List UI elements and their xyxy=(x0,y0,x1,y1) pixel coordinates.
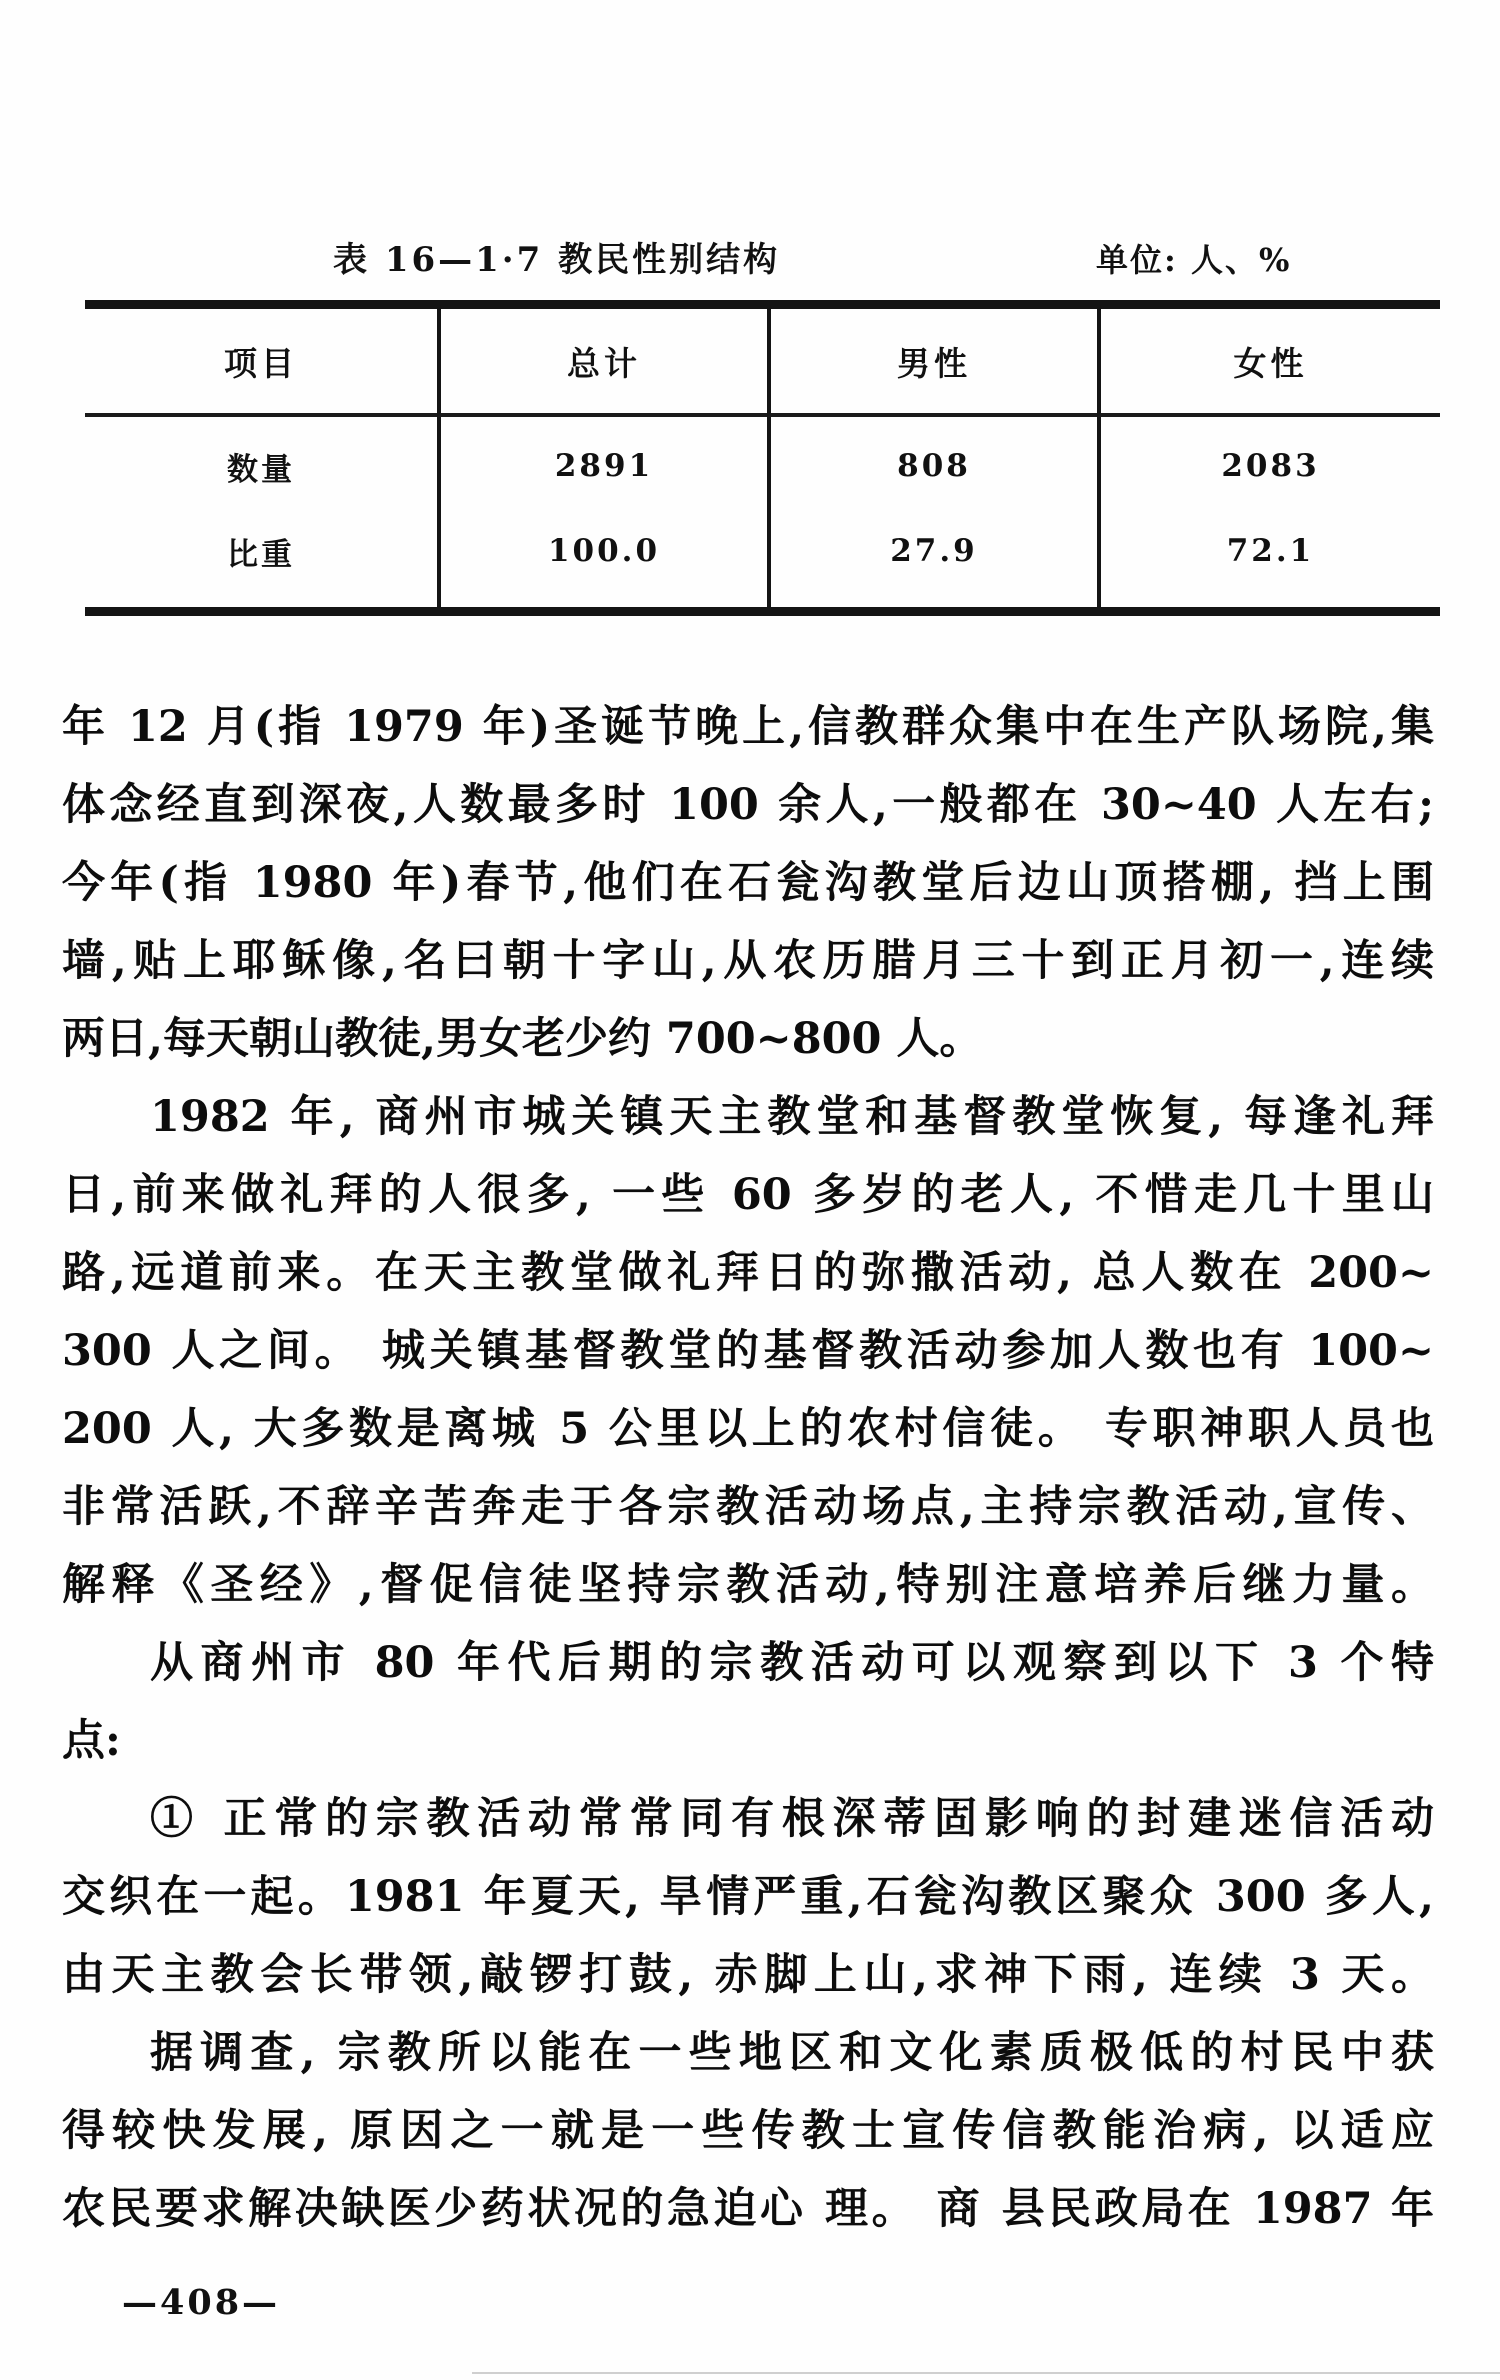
body-line: 农民要求解决缺医少药状况的急迫心 理。 商 县民政局在 1987 年 xyxy=(62,2170,1434,2248)
column-header-total: 总计 xyxy=(437,309,767,417)
column-header-female: 女性 xyxy=(1097,309,1440,417)
body-line: 200 人, 大多数是离城 5 公里以上的农村信徒。 专职神职人员也 xyxy=(62,1390,1434,1468)
body-line: ① 正常的宗教活动常常同有根深蒂固影响的封建迷信活动 xyxy=(62,1780,1434,1858)
table-spacer xyxy=(767,587,1097,607)
table-spacer xyxy=(85,587,437,607)
body-line: 日,前来做礼拜的人很多, 一些 60 多岁的老人, 不惜走几十里山 xyxy=(62,1156,1434,1234)
page-number: —408— xyxy=(122,2282,280,2323)
cell-proportion-total: 100.0 xyxy=(437,515,767,587)
body-line: 从商州市 80 年代后期的宗教活动可以观察到以下 3 个特 xyxy=(62,1624,1434,1702)
cell-quantity-female: 2083 xyxy=(1097,417,1440,515)
body-text: 年 12 月(指 1979 年)圣诞节晚上,信教群众集中在生产队场院,集 体念经… xyxy=(62,688,1434,2248)
column-header-male: 男性 xyxy=(767,309,1097,417)
body-line: 解释《圣经》,督促信徒坚持宗教活动,特别注意培养后继力量。 xyxy=(62,1546,1434,1624)
body-line: 1982 年, 商州市城关镇天主教堂和基督教堂恢复, 每逢礼拜 xyxy=(62,1078,1434,1156)
body-line: 年 12 月(指 1979 年)圣诞节晚上,信教群众集中在生产队场院,集 xyxy=(62,688,1434,766)
cell-quantity-male: 808 xyxy=(767,417,1097,515)
body-line: 今年(指 1980 年)春节,他们在石瓮沟教堂后边山顶搭棚, 挡上围 xyxy=(62,844,1434,922)
body-line: 墙,贴上耶稣像,名曰朝十字山,从农历腊月三十到正月初一,连续 xyxy=(62,922,1434,1000)
row-label-proportion: 比重 xyxy=(85,515,437,587)
table-unit-label: 单位: 人、% xyxy=(1096,235,1291,281)
body-line: 由天主教会长带领,敲锣打鼓, 赤脚上山,求神下雨, 连续 3 天。 xyxy=(62,1936,1434,2014)
statistics-table: 项目 总计 男性 女性 数量 2891 808 2083 比重 100.0 27… xyxy=(85,300,1440,616)
body-line: 路,远道前来。在天主教堂做礼拜日的弥撒活动, 总人数在 200~ xyxy=(62,1234,1434,1312)
body-line: 点: xyxy=(62,1702,1434,1780)
table-spacer xyxy=(1097,587,1440,607)
row-label-quantity: 数量 xyxy=(85,417,437,515)
scan-artifact-line xyxy=(472,2372,1500,2374)
body-line: 据调查, 宗教所以能在一些地区和文化素质极低的村民中获 xyxy=(62,2014,1434,2092)
body-line: 得较快发展, 原因之一就是一些传教士宣传信教能治病, 以适应 xyxy=(62,2092,1434,2170)
column-header-item: 项目 xyxy=(85,309,437,417)
cell-quantity-total: 2891 xyxy=(437,417,767,515)
body-line: 交织在一起。1981 年夏天, 旱情严重,石瓮沟教区聚众 300 多人, xyxy=(62,1858,1434,1936)
body-line: 两日,每天朝山教徒,男女老少约 700~800 人。 xyxy=(62,1000,1434,1078)
body-line: 300 人之间。 城关镇基督教堂的基督教活动参加人数也有 100~ xyxy=(62,1312,1434,1390)
body-line: 非常活跃,不辞辛苦奔走于各宗教活动场点,主持宗教活动,宣传、 xyxy=(62,1468,1434,1546)
cell-proportion-male: 27.9 xyxy=(767,515,1097,587)
scanned-document-page: 表 16—1·7 教民性别结构 单位: 人、% 项目 总计 男性 女性 数量 2… xyxy=(0,0,1500,2380)
body-line: 体念经直到深夜,人数最多时 100 余人,一般都在 30~40 人左右; xyxy=(62,766,1434,844)
cell-proportion-female: 72.1 xyxy=(1097,515,1440,587)
table-spacer xyxy=(437,587,767,607)
table-caption: 表 16—1·7 教民性别结构 xyxy=(333,232,780,281)
